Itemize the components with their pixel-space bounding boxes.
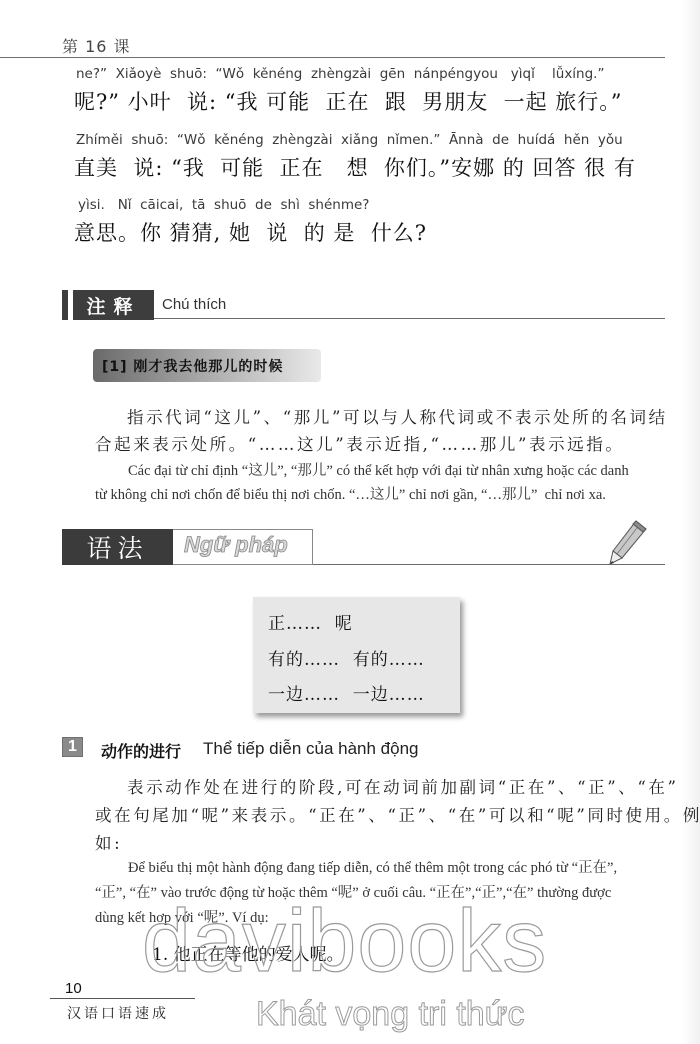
note-zh-paragraph-line: 合起来表示处所。“……这儿”表示近指,“……那儿”表示远指。	[95, 431, 625, 455]
pattern-line: 一边…… 一边……	[268, 680, 425, 705]
section-marker-bar	[62, 290, 68, 320]
note-item-heading: [1] 刚才我去他那儿的时候	[93, 349, 321, 382]
grammar-section-subtitle: Ngữ pháp	[184, 532, 288, 558]
dialogue-pinyin-line: ne?” Xiǎoyè shuō: “Wǒ kěnéng zhèngzài gē…	[76, 66, 604, 82]
note-zh-paragraph-line: 指示代词“这儿”、“那儿”可以与人称代词或不表示处所的名词结	[127, 404, 668, 428]
footer-divider	[50, 998, 195, 999]
dialogue-pinyin-line: Zhíměi shuō: “Wǒ kěnéng zhèngzài xiǎng n…	[76, 132, 623, 148]
grammar-zh-paragraph-line: 如:	[95, 830, 122, 854]
notes-section-divider	[154, 318, 665, 319]
dialogue-hanzi-line: 意思。你 猜猜, 她 说 的 是 什么?	[74, 217, 427, 247]
pattern-line: 有的…… 有的……	[268, 645, 425, 670]
lesson-label: 第 16 课	[62, 34, 131, 57]
grammar-point-title-zh: 动作的进行	[101, 739, 181, 762]
grammar-zh-paragraph-line: 或在句尾加“呢”来表示。“正在”、“正”、“在”可以和“呢”同时使用。例	[95, 802, 700, 826]
note-vi-paragraph-line: Các đại từ chỉ định “这儿”, “那儿” có thể kế…	[128, 459, 629, 480]
note-vi-paragraph-line: từ không chỉ nơi chốn để biểu thị nơi ch…	[95, 483, 606, 504]
header-divider	[0, 57, 665, 58]
pattern-line: 正…… 呢	[268, 609, 353, 634]
grammar-vi-paragraph-line: Để biểu thị một hành động đang tiếp diễn…	[128, 856, 617, 877]
page-edge-shadow	[682, 0, 700, 1044]
page-number: 10	[65, 980, 82, 997]
grammar-section-title: 语法	[62, 529, 173, 565]
grammar-point-title-vi: Thể tiếp diễn của hành động	[203, 739, 419, 759]
pencil-icon	[606, 518, 650, 568]
dialogue-pinyin-line: yìsi. Nǐ cāicai, tā shuō de shì shénme?	[78, 197, 369, 213]
notes-section-subtitle: Chú thích	[162, 296, 226, 313]
grammar-pattern-card: 正…… 呢 有的…… 有的…… 一边…… 一边……	[253, 597, 460, 713]
dialogue-hanzi-line: 呢?” 小叶 说: “我 可能 正在 跟 男朋友 一起 旅行。”	[74, 86, 623, 116]
notes-section-title: 注释	[73, 290, 154, 320]
grammar-zh-paragraph-line: 表示动作处在进行的阶段,可在动词前加副词“正在”、“正”、“在”	[127, 774, 679, 798]
grammar-point-number-badge: 1	[62, 737, 83, 757]
watermark-brand: davibooks	[142, 890, 547, 992]
book-title: 汉语口语速成	[67, 1003, 169, 1023]
watermark-tagline: Khát vọng tri thức	[256, 995, 524, 1034]
dialogue-hanzi-line: 直美 说: “我 可能 正在 想 你们。”安娜 的 回答 很 有	[74, 152, 636, 182]
